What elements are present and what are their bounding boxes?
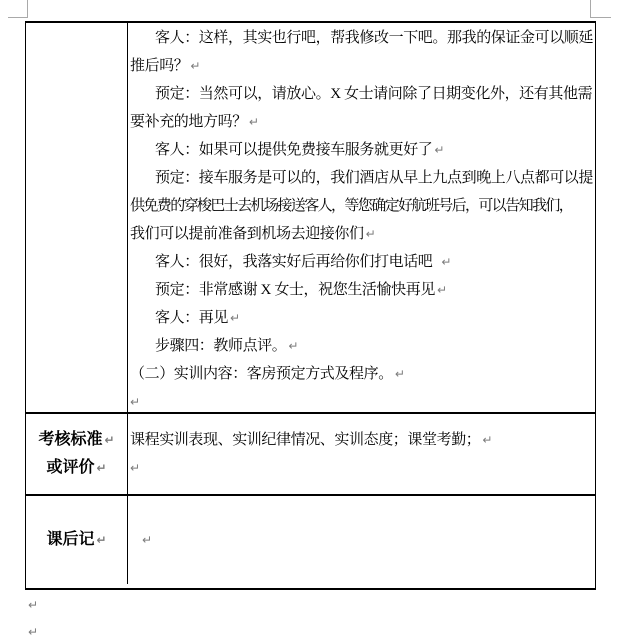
margin-crop-mark-top-left-vertical [27, 0, 28, 17]
paragraph-mark-icon: ↵ [96, 533, 106, 547]
table-row-afterclass: 课后记↵ ↵ [26, 496, 595, 584]
dialogue-line: 我们可以提前准备到机场去迎接你们↵ [130, 220, 595, 248]
dialogue-line: 客人：如果可以提供免费接车服务就更好了↵ [130, 136, 595, 164]
paragraph-mark-icon: ↵ [130, 395, 140, 409]
dialogue-line: （二）实训内容：客房预定方式及程序。↵ [130, 360, 595, 388]
paragraph-mark-icon: ↵ [441, 255, 451, 269]
dialogue-text: 客人：这样，其实也行吧，帮我修改一下吧。那我的保证金可以顺延 [155, 30, 593, 46]
dialogue-row-label-cell[interactable] [26, 23, 128, 412]
paragraph-mark-icon: ↵ [482, 433, 492, 447]
assessment-label-cell[interactable]: 考核标准↵ 或评价↵ [26, 414, 128, 494]
paragraph-mark-icon: ↵ [28, 625, 38, 639]
paragraph-mark-icon: ↵ [249, 115, 259, 129]
dialogue-text: 客人：如果可以提供免费接车服务就更好了 [155, 142, 432, 158]
assessment-label-line1: 考核标准↵ [38, 426, 114, 454]
dialogue-text: 我们可以提前准备到机场去迎接你们 [130, 226, 364, 242]
dialogue-cell[interactable]: 客人：这样，其实也行吧，帮我修改一下吧。那我的保证金可以顺延 推后吗？↵ 预定：… [128, 23, 595, 412]
dialogue-line: 步骤四：教师点评。↵ [130, 332, 595, 360]
dialogue-line: 要补充的地方吗？↵ [130, 108, 595, 136]
dialogue-line: 客人：很好，我落实好后再给你们打电话吧↵ [130, 248, 595, 276]
dialogue-text: 步骤四：教师点评。 [155, 338, 286, 354]
assessment-content-text: 课程实训表现、实训纪律情况、实训态度；课堂考勤； [130, 432, 480, 448]
paragraph-mark-icon: ↵ [434, 143, 444, 157]
dialogue-text: 客人：再见 [155, 310, 228, 326]
dialogue-line: 预定：接车服务是可以的，我们酒店从早上九点到晚上八点都可以提 [130, 164, 595, 192]
empty-paragraph: ↵ [28, 598, 38, 612]
paragraph-mark-icon: ↵ [130, 461, 140, 475]
dialogue-text: 要补充的地方吗？ [130, 114, 247, 130]
dialogue-line: 供免费的穿梭巴士去机场接送客人，等您确定好航班号后，可以告知我们， [130, 192, 595, 220]
lesson-plan-table: 客人：这样，其实也行吧，帮我修改一下吧。那我的保证金可以顺延 推后吗？↵ 预定：… [25, 21, 596, 590]
assessment-label-line2: 或评价↵ [46, 454, 106, 482]
dialogue-text: 推后吗？ [130, 58, 188, 74]
assessment-content-cell[interactable]: 课程实训表现、实训纪律情况、实训态度；课堂考勤；↵ ↵ [128, 414, 595, 494]
paragraph-mark-icon: ↵ [288, 339, 298, 353]
assessment-empty-line: ↵ [130, 454, 595, 482]
paragraph-mark-icon: ↵ [395, 367, 405, 381]
paragraph-mark-icon: ↵ [437, 283, 447, 297]
dialogue-line-empty: ↵ [130, 388, 595, 412]
dialogue-text: 预定：当然可以，请放心。X 女士请问除了日期变化外，还有其他需 [155, 86, 592, 102]
afterclass-label-cell[interactable]: 课后记↵ [26, 496, 128, 584]
paragraph-mark-icon: ↵ [104, 433, 114, 447]
dialogue-line: 客人：再见↵ [130, 304, 595, 332]
dialogue-line: 推后吗？↵ [130, 52, 595, 80]
margin-crop-mark-top-right-horizontal [590, 17, 611, 18]
margin-crop-mark-top-right-vertical [590, 0, 591, 17]
paragraph-mark-icon: ↵ [230, 311, 240, 325]
dialogue-text: 客人：很好，我落实好后再给你们打电话吧 [155, 254, 432, 270]
assessment-label-text: 或评价 [46, 459, 94, 476]
dialogue-text: 预定：接车服务是可以的，我们酒店从早上九点到晚上八点都可以提 [155, 170, 593, 186]
assessment-content-line: 课程实训表现、实训纪律情况、实训态度；课堂考勤；↵ [130, 426, 595, 454]
dialogue-line: 预定：非常感谢 X 女士，祝您生活愉快再见↵ [130, 276, 595, 304]
word-document-page: { "document": { "pilcrow_glyph": "↵", "c… [0, 0, 618, 643]
dialogue-text: 供免费的穿梭巴士去机场接送客人，等您确定好航班号后，可以告知我们， [130, 198, 572, 214]
dialogue-text: 预定：非常感谢 X 女士，祝您生活愉快再见 [155, 282, 435, 298]
empty-paragraph: ↵ [28, 625, 38, 639]
table-row-dialogue: 客人：这样，其实也行吧，帮我修改一下吧。那我的保证金可以顺延 推后吗？↵ 预定：… [26, 23, 595, 414]
paragraph-mark-icon: ↵ [142, 533, 152, 547]
afterclass-label-text: 课后记 [46, 531, 94, 548]
margin-crop-mark-top-left-horizontal [8, 17, 28, 18]
paragraph-mark-icon: ↵ [190, 59, 200, 73]
paragraph-mark-icon: ↵ [96, 461, 106, 475]
assessment-label-text: 考核标准 [38, 431, 102, 448]
dialogue-line: 预定：当然可以，请放心。X 女士请问除了日期变化外，还有其他需 [130, 80, 595, 108]
dialogue-line: 客人：这样，其实也行吧，帮我修改一下吧。那我的保证金可以顺延 [130, 24, 595, 52]
table-row-assessment: 考核标准↵ 或评价↵ 课程实训表现、实训纪律情况、实训态度；课堂考勤；↵ ↵ [26, 414, 595, 496]
dialogue-text: （二）实训内容：客房预定方式及程序。 [130, 366, 393, 382]
afterclass-content-cell[interactable]: ↵ [128, 496, 595, 584]
paragraph-mark-icon: ↵ [366, 227, 376, 241]
paragraph-mark-icon: ↵ [28, 598, 38, 612]
afterclass-label-line: 课后记↵ [46, 526, 106, 554]
